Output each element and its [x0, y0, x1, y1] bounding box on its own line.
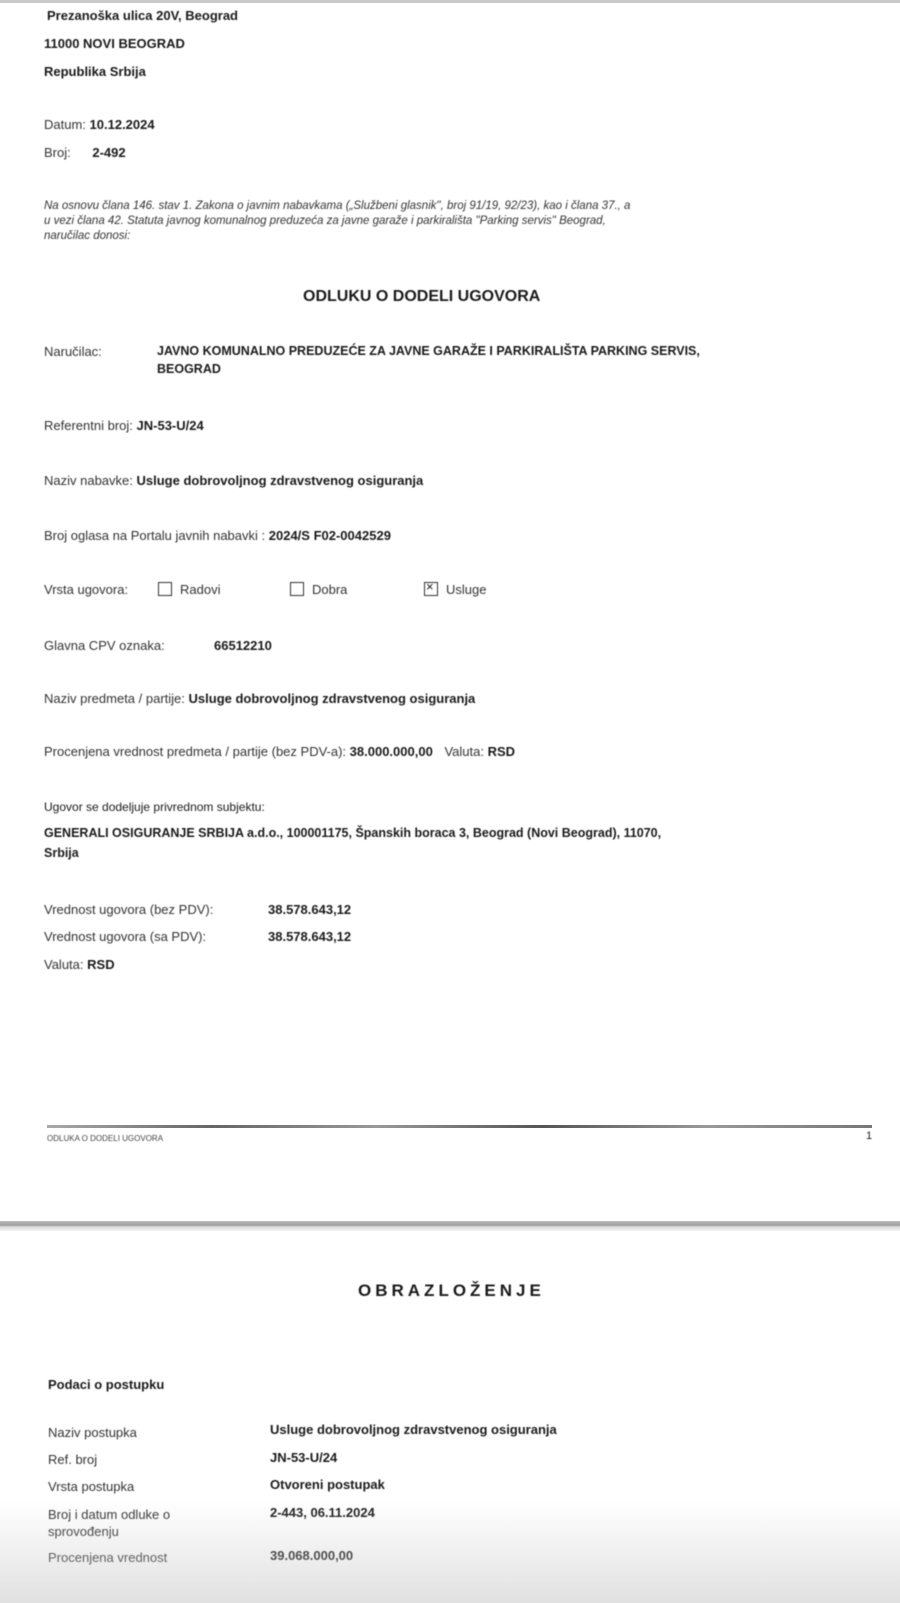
checked-checkbox-icon[interactable] [424, 582, 438, 596]
contract-type-label-radovi: Radovi [180, 582, 220, 597]
row-value: Otvoreni postupak [270, 1477, 385, 1492]
currency-value: RSD [488, 744, 515, 759]
value-with-vat-label: Vrednost ugovora (sa PDV): [44, 929, 206, 944]
contract-type-dobra[interactable]: Dobra [290, 582, 347, 597]
cpv-value: 66512210 [214, 638, 272, 653]
contract-currency-value: RSD [87, 957, 114, 972]
portal-notice-label: Broj oglasa na Portalu javnih nabavki : [44, 528, 265, 543]
contracting-authority-label: Naručilac: [44, 344, 102, 359]
contracting-authority-line-1: JAVNO KOMUNALNO PREDUZEĆE ZA JAVNE GARAŽ… [157, 344, 700, 358]
contracting-authority-line-2: BEOGRAD [157, 362, 221, 376]
value-without-vat: 38.578.643,12 [268, 902, 351, 917]
row-label: Naziv postupka [48, 1425, 137, 1440]
row-value: 2-443, 06.11.2024 [270, 1505, 375, 1520]
address-line-1: Prezanoška ulica 20V, Beograd [47, 8, 238, 23]
number-row: Broj: 2-492 [44, 145, 126, 160]
number-label: Broj: [44, 145, 71, 160]
subject-row: Naziv predmeta / partije: Usluge dobrovo… [44, 691, 475, 706]
date-value: 10.12.2024 [90, 117, 155, 132]
page-number: 1 [866, 1130, 872, 1142]
contract-currency-label: Valuta: [44, 957, 84, 972]
contract-type-usluge[interactable]: Usluge [424, 582, 486, 597]
estimated-value-label: Procenjena vrednost predmeta / partije (… [44, 744, 346, 759]
portal-notice-row: Broj oglasa na Portalu javnih nabavki : … [44, 528, 391, 543]
date-row: Datum: 10.12.2024 [44, 117, 155, 132]
row-label: Procenjena vrednost [48, 1550, 167, 1565]
section-title: Podaci o postupku [48, 1377, 164, 1392]
value-without-vat-label: Vrednost ugovora (bez PDV): [44, 902, 213, 917]
preamble-line-1: Na osnovu člana 146. stav 1. Zakona o ja… [44, 200, 630, 212]
reference-label: Referentni broj: [44, 418, 133, 433]
contract-type-radovi[interactable]: Radovi [158, 582, 220, 597]
portal-notice-value: 2024/S F02-0042529 [269, 528, 391, 543]
row-label: Broj i datum odluke o sprovođenju [48, 1506, 218, 1540]
checkbox-icon[interactable] [158, 582, 172, 596]
value-with-vat: 38.578.643,12 [268, 929, 351, 944]
page-separator [0, 1221, 900, 1231]
estimated-value-row: Procenjena vrednost predmeta / partije (… [44, 744, 515, 759]
subject-value: Usluge dobrovoljnog zdravstvenog osigura… [189, 691, 476, 706]
date-label: Datum: [44, 117, 86, 132]
row-value: 39.068.000,00 [270, 1548, 353, 1563]
subject-label: Naziv predmeta / partije: [44, 691, 185, 706]
preamble-line-3: naručilac donosi: [44, 230, 130, 242]
document-page-1 [0, 3, 900, 1221]
currency-label: Valuta: [444, 744, 484, 759]
row-label: Ref. broj [48, 1452, 97, 1467]
explanation-title: OBRAZLOŽENJE [358, 1281, 545, 1301]
contract-type-label-dobra: Dobra [312, 582, 347, 597]
contract-type-label: Vrsta ugovora: [44, 582, 128, 597]
footer-rule [47, 1125, 872, 1128]
preamble-line-2: u vezi člana 42. Statuta javnog komunaln… [44, 215, 606, 227]
procurement-name-row: Naziv nabavke: Usluge dobrovoljnog zdrav… [44, 473, 423, 488]
awarded-line-1: GENERALI OSIGURANJE SRBIJA a.d.o., 10000… [44, 826, 661, 840]
reference-row: Referentni broj: JN-53-U/24 [44, 418, 204, 433]
estimated-value: 38.000.000,00 [350, 744, 433, 759]
reference-value: JN-53-U/24 [137, 418, 204, 433]
footer-left: ODLUKA O DODELI UGOVORA [47, 1134, 163, 1143]
address-line-2: 11000 NOVI BEOGRAD [44, 36, 185, 51]
row-value: Usluge dobrovoljnog zdravstvenog osigura… [270, 1422, 557, 1437]
cpv-label: Glavna CPV oznaka: [44, 638, 165, 653]
decision-title: ODLUKU O DODELI UGOVORA [303, 288, 540, 306]
contract-type-label-usluge: Usluge [446, 582, 486, 597]
address-line-3: Republika Srbija [44, 64, 146, 79]
number-value: 2-492 [92, 145, 125, 160]
procurement-name-label: Naziv nabavke: [44, 473, 133, 488]
procurement-name-value: Usluge dobrovoljnog zdravstvenog osigura… [137, 473, 424, 488]
row-label: Vrsta postupka [48, 1479, 134, 1494]
awarded-line-2: Srbija [44, 846, 79, 860]
row-value: JN-53-U/24 [270, 1450, 337, 1465]
contract-currency-row: Valuta: RSD [44, 957, 115, 972]
awarded-label: Ugovor se dodeljuje privrednom subjektu: [44, 800, 265, 814]
checkbox-icon[interactable] [290, 582, 304, 596]
